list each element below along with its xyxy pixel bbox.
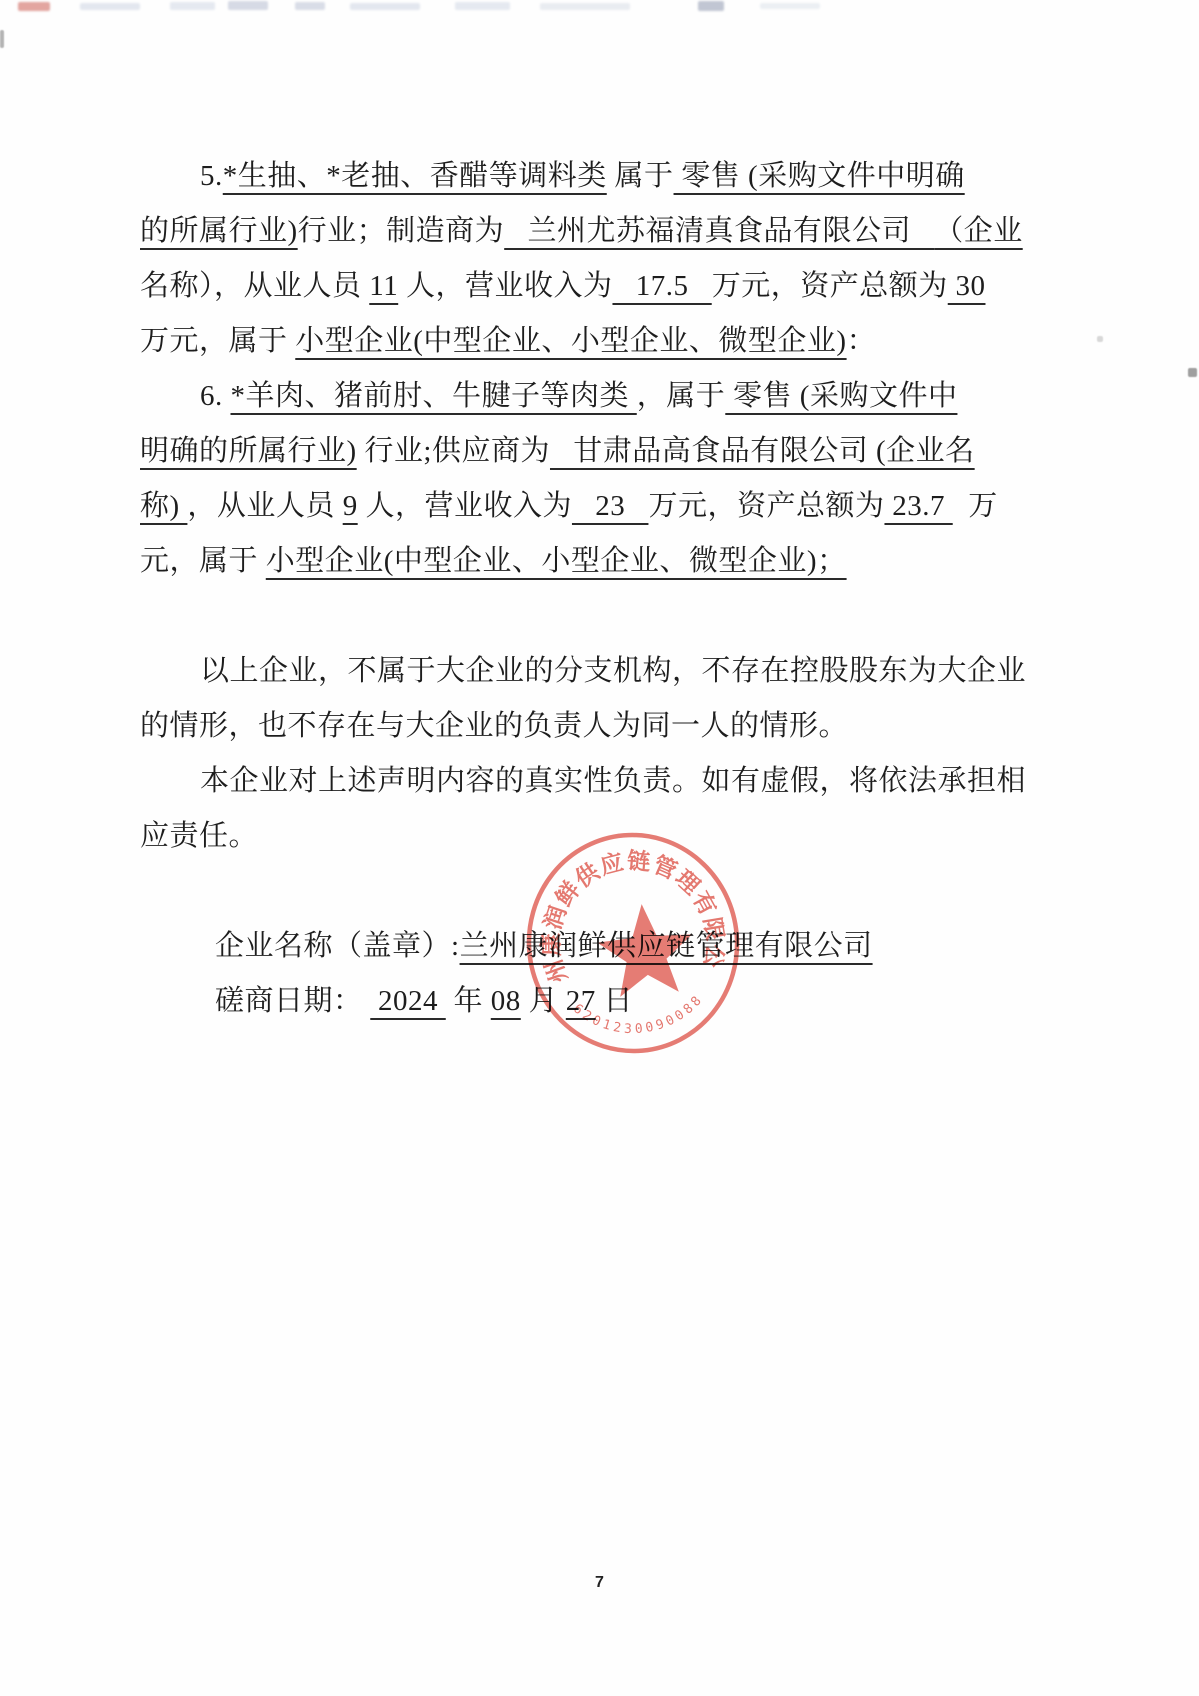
star-icon: [594, 900, 697, 998]
underlined-field: 17.5: [612, 270, 711, 302]
text-line: 万元，属于 小型企业(中型企业、小型企业、微型企业)：: [140, 314, 1085, 369]
scan-artifact: [455, 2, 510, 10]
scan-artifact: [80, 3, 140, 10]
text-line: 元，属于 小型企业(中型企业、小型企业、微型企业)；: [140, 534, 1085, 589]
underlined-field: 11: [369, 270, 398, 302]
scan-artifact: [698, 1, 724, 11]
scan-speck: [0, 30, 4, 48]
underlined-field: （企业: [934, 215, 1023, 247]
text-line: 明确的所属行业) 行业;供应商为 甘肃品高食品有限公司 (企业名: [140, 424, 1085, 479]
text-segment: 磋商日期：: [215, 985, 370, 1017]
scan-artifact: [228, 1, 268, 10]
scan-speck: [1188, 368, 1197, 377]
text-segment: 的情形，也不存在与大企业的负责人为同一人的情形。: [140, 710, 848, 742]
text-segment: 万: [953, 490, 998, 522]
underlined-field: 零售 (采购文件中明确: [674, 160, 965, 192]
text-segment: 人，营业收入为: [398, 270, 612, 302]
document-page: 5.*生抽、*老抽、香醋等调料类 属于 零售 (采购文件中明确的所属行业)行业；…: [0, 0, 1199, 1696]
underlined-field: 小型企业(中型企业、小型企业、微型企业): [295, 325, 846, 357]
text-segment: 本企业对上述声明内容的真实性负责。如有虚假，将依法承担相: [200, 765, 1026, 797]
text-segment: 行业；制造商为: [298, 215, 505, 247]
underlined-field: 23: [572, 490, 649, 522]
text-line: 的情形，也不存在与大企业的负责人为同一人的情形。: [140, 699, 1085, 754]
blank-line: [140, 589, 1085, 644]
text-line: 以上企业，不属于大企业的分支机构，不存在控股股东为大企业: [140, 644, 1085, 699]
underlined-field: 9: [343, 490, 358, 522]
scan-artifact: [18, 2, 50, 11]
scan-edge-artifacts: [0, 0, 1199, 16]
scan-artifact: [760, 3, 820, 9]
text-segment: 人，营业收入为: [358, 490, 572, 522]
underlined-field: *生抽、*老抽、香醋等调料类: [223, 160, 607, 192]
underlined-field: 零售 (采购文件中: [725, 380, 957, 412]
text-segment: 年: [446, 985, 491, 1017]
text-segment: ，从业人员: [187, 490, 342, 522]
text-segment: 以上企业，不属于大企业的分支机构，不存在控股股东为大企业: [200, 655, 1026, 687]
text-line: 本企业对上述声明内容的真实性负责。如有虚假，将依法承担相: [140, 754, 1085, 809]
text-segment: 5.: [200, 160, 223, 192]
text-line: 称) ，从业人员 9 人，营业收入为 23 万元，资产总额为 23.7 万: [140, 479, 1085, 534]
text-segment: 应责任。: [140, 820, 258, 852]
underlined-field: 甘肃品高食品有限公司 (企业名: [550, 435, 975, 467]
scan-artifact: [295, 2, 325, 10]
text-segment: ：: [847, 325, 877, 357]
text-segment: 6.: [200, 380, 231, 412]
text-line: 的所属行业)行业；制造商为 兰州尤苏福清真食品有限公司 （企业: [140, 204, 1085, 259]
company-seal-stamp: 兰州康润鲜供应链管理有限公司 6201230090088: [503, 823, 763, 1063]
underlined-field: 称): [140, 490, 187, 522]
underlined-field: 2024: [370, 985, 446, 1017]
text-segment: 名称），从业人员: [140, 270, 369, 302]
text-segment: ，属于: [637, 380, 726, 412]
underlined-field: 30: [948, 270, 986, 302]
text-segment: 万元，属于: [140, 325, 295, 357]
scan-artifact: [540, 3, 630, 10]
underlined-field: 的所属行业): [140, 215, 298, 247]
text-segment: 企业名称（盖章）:: [215, 930, 460, 962]
underlined-field: 23.7: [884, 490, 952, 522]
scan-artifact: [170, 2, 215, 10]
scan-artifact: [350, 3, 420, 10]
text-segment: 元，属于: [140, 545, 266, 577]
text-line: 5.*生抽、*老抽、香醋等调料类 属于 零售 (采购文件中明确: [140, 149, 1085, 204]
page-number: 7: [0, 1574, 1199, 1592]
text-segment: 行业;供应商为: [357, 435, 550, 467]
underlined-field: 小型企业(中型企业、小型企业、微型企业)；: [266, 545, 847, 577]
text-segment: 属于: [607, 160, 674, 192]
text-line: 名称），从业人员 11 人，营业收入为 17.5 万元，资产总额为 30: [140, 259, 1085, 314]
underlined-field: *羊肉、猪前肘、牛腱子等肉类: [231, 380, 637, 412]
underlined-field: 兰州尤苏福清真食品有限公司: [504, 215, 934, 247]
scan-speck: [1097, 336, 1103, 342]
text-line: 6. *羊肉、猪前肘、牛腱子等肉类 ，属于 零售 (采购文件中: [140, 369, 1085, 424]
text-segment: 万元，资产总额为: [712, 270, 948, 302]
text-segment: 万元，资产总额为: [648, 490, 884, 522]
underlined-field: 明确的所属行业): [140, 435, 357, 467]
